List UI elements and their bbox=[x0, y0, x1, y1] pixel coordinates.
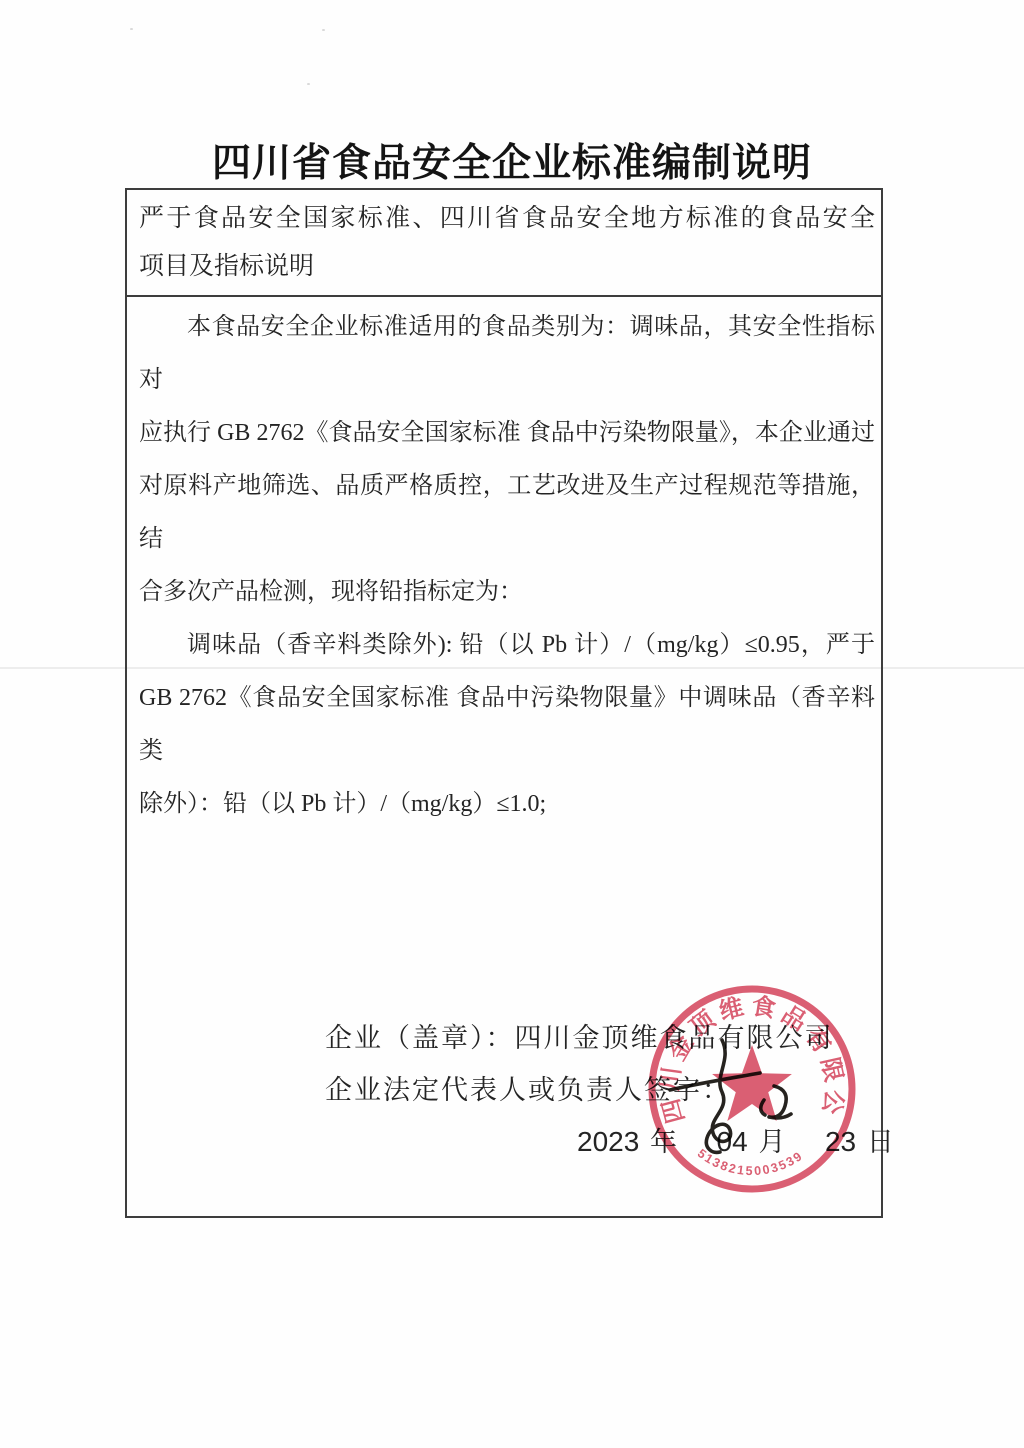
body-text-line: 应执行 GB 2762《食品安全国家标准 食品中污染物限量》，本企业通过 bbox=[139, 407, 875, 460]
scan-speck bbox=[130, 28, 133, 30]
seal-label: 企业（盖章）： bbox=[325, 1023, 515, 1053]
header-text-line: 严于食品安全国家标准、四川省食品安全地方标准的食品安全 bbox=[139, 195, 875, 243]
body-text-line: 对原料产地筛选、品质严格质控，工艺改进及生产过程规范等措施，结 bbox=[139, 460, 875, 566]
date-day-unit: 日 bbox=[867, 1127, 894, 1157]
signature-stroke bbox=[761, 1100, 765, 1115]
form-header-cell: 严于食品安全国家标准、四川省食品安全地方标准的食品安全 项目及指标说明 bbox=[127, 190, 881, 297]
scan-speck bbox=[307, 83, 310, 85]
body-text-line: 调味品（香辛料类除外): 铅（以 Pb 计）/（mg/kg）≤0.95，严于 bbox=[139, 619, 875, 672]
page-title: 四川省食品安全企业标准编制说明 bbox=[0, 132, 1024, 188]
date-year: 2023 bbox=[577, 1126, 639, 1157]
signature-stroke bbox=[670, 1073, 760, 1090]
body-text-line: 合多次产品检测，现将铅指标定为： bbox=[139, 566, 875, 619]
handwritten-signature bbox=[662, 1036, 832, 1176]
form-body-cell: 本食品安全企业标准适用的食品类别为：调味品，其安全性指标对 应执行 GB 276… bbox=[127, 297, 881, 831]
signature-stroke bbox=[706, 1040, 730, 1152]
scanned-document-page: 四川省食品安全企业标准编制说明 严于食品安全国家标准、四川省食品安全地方标准的食… bbox=[0, 0, 1024, 1448]
body-text-line: 除外）：铅（以 Pb 计）/（mg/kg）≤1.0; bbox=[139, 778, 875, 831]
body-text-line: 本食品安全企业标准适用的食品类别为：调味品，其安全性指标对 bbox=[139, 301, 875, 407]
signature-stroke bbox=[769, 1086, 791, 1118]
body-text-line: GB 2762《食品安全国家标准 食品中污染物限量》中调味品（香辛料类 bbox=[139, 672, 875, 778]
scan-speck bbox=[322, 29, 325, 31]
header-text-line: 项目及指标说明 bbox=[139, 243, 875, 291]
